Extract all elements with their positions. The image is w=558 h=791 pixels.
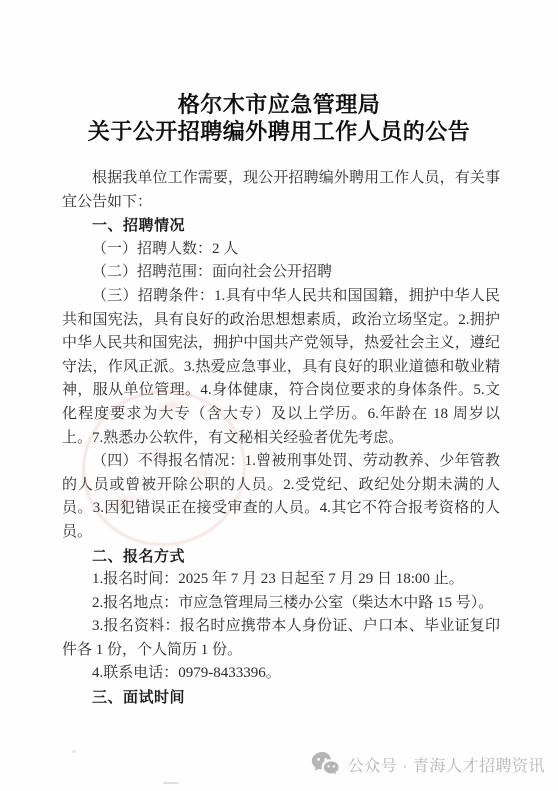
watermark: 公众号 · 青海人才招聘资讯 — [311, 751, 545, 777]
section-1-heading: 一、招聘情况 — [62, 214, 500, 238]
signup-time-item: 1.报名时间：2025 年 7 月 23 日起至 7 月 29 日 18:00 … — [62, 568, 500, 592]
section-3-heading: 三、面试时间 — [62, 686, 500, 710]
recruit-conditions-item: （三）招聘条件：1.具有中华人民共和国国籍，拥护中华人民共和国宪法，具有良好的政… — [62, 285, 500, 450]
wechat-icon — [311, 751, 340, 777]
recruit-count-item: （一）招聘人数：2 人 — [62, 238, 500, 262]
watermark-text: 公众号 · 青海人才招聘资讯 — [348, 753, 545, 776]
title-line-1: 格尔木市应急管理局 — [28, 91, 530, 118]
intro-paragraph: 根据我单位工作需要，现公开招聘编外聘用工作人员，有关事宜公告如下： — [62, 167, 500, 214]
signup-location-item: 2.报名地点：市应急管理局三楼办公室（柴达木中路 15 号）。 — [62, 592, 500, 616]
disqualification-item: （四）不得报名情况：1.曾被刑事处罚、劳动教养、少年管教的人员或曾被开除公职的人… — [62, 450, 500, 544]
title-line-2: 关于公开招聘编外聘用工作人员的公告 — [28, 118, 530, 145]
recruit-scope-item: （二）招聘范围：面向社会公开招聘 — [62, 261, 500, 285]
announcement-title: 格尔木市应急管理局 关于公开招聘编外聘用工作人员的公告 — [28, 91, 530, 145]
signup-materials-item: 3.报名资料：报名时应携带本人身份证、户口本、毕业证复印件各 1 份，个人简历 … — [62, 615, 500, 662]
announcement-body: 根据我单位工作需要，现公开招聘编外聘用工作人员，有关事宜公告如下： 一、招聘情况… — [62, 167, 500, 710]
scan-speck — [163, 782, 179, 784]
scan-speck — [72, 750, 76, 753]
section-2-heading: 二、报名方式 — [62, 545, 500, 569]
contact-phone-item: 4.联系电话：0979-8433396。 — [62, 662, 500, 686]
document-page: 格尔木市应急管理局 关于公开招聘编外聘用工作人员的公告 根据我单位工作需要，现公… — [0, 0, 558, 791]
